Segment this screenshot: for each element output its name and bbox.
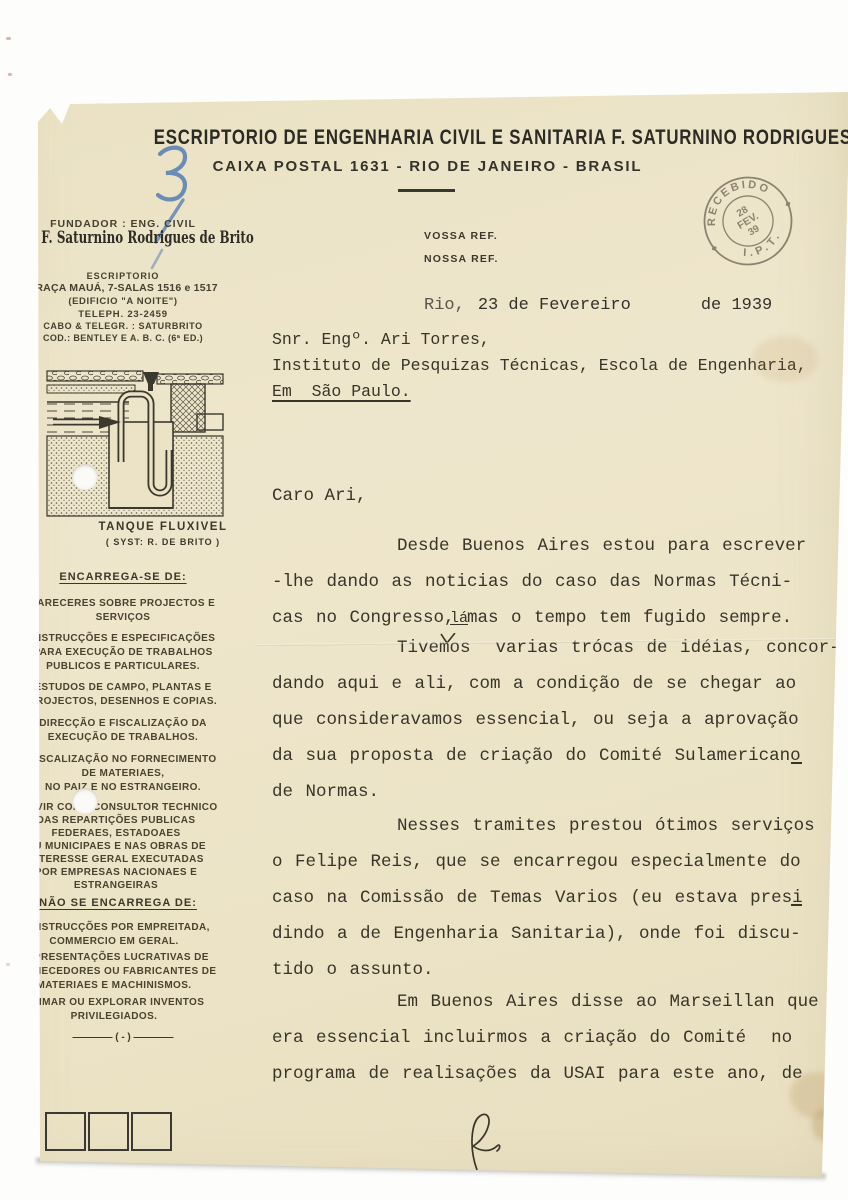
paragraph-3-lines: Nesses tramites prestou ótimos serviçoso… [272, 808, 815, 988]
service-item: DIRECÇÃO E FISCALIZAÇÃO DAEXECUÇÃO DE TR… [8, 717, 238, 745]
scan-artifact-dot [8, 73, 12, 76]
service-item: PARECERES SOBRE PROJECTOS ESERVIÇOS [8, 597, 238, 625]
paragraph-1: Desde Buenos Aires estou para escrever-l… [272, 528, 806, 636]
recipient-name: Snr. Engº. Ari Torres, [272, 327, 807, 353]
office-label: ESCRIPTORIO [8, 271, 238, 281]
not-service-item: CONSTRUCÇÕES POR EMPREITADA,COMMERCIO EM… [0, 921, 236, 949]
paragraph-4: Em Buenos Aires disse ao Marseillan quee… [272, 984, 819, 1092]
nossa-ref-label: NOSSA REF. [424, 253, 499, 265]
tanque-fluxivel-illustration [45, 366, 225, 518]
footer-stamp-boxes [45, 1112, 172, 1151]
letterhead-rule [398, 189, 455, 192]
paragraph-3: Nesses tramites prestou ótimos serviçoso… [272, 808, 815, 988]
vossa-ref-label: VOSSA REF. [424, 230, 498, 242]
office-address: PRAÇA MAUÁ, 7-SALAS 1516 e 1517 [8, 282, 238, 294]
handwritten-insertion: lá [450, 611, 468, 626]
service-item: FISCALIZAÇÃO NO FORNECIMENTODE MATERIAES… [8, 753, 238, 795]
service-item: SERVIR COMO CONSULTOR TECHNICODAS REPART… [0, 801, 240, 892]
service-item: INSTRUCÇÕES E ESPECIFICAÇÕESPARA EXECUÇÃ… [8, 632, 238, 674]
scan-artifact-dot [6, 37, 11, 40]
not-services-heading: NÃO SE ENCARREGA DE: [0, 897, 240, 909]
office-cable: CABO & TELEGR. : SATURBRITO [8, 321, 238, 331]
office-building: (EDIFICIO "A NOITE") [8, 296, 238, 307]
typed-underline-mark [791, 762, 802, 764]
dateline-city: Rio, [424, 296, 465, 315]
scan-artifact-dot [6, 963, 10, 966]
handwritten-paraph [455, 1108, 525, 1176]
paragraph-2-lines: Tivemos varias trócas de idéias, concor-… [272, 630, 840, 810]
punch-hole [72, 464, 98, 490]
recipient-institution: Instituto de Pesquizas Técnicas, Escola … [272, 353, 807, 379]
recipient-block: Snr. Engº. Ari Torres, Instituto de Pesq… [272, 327, 807, 405]
dateline-day-month: 23 de Fevereiro [478, 296, 631, 315]
paper-stain [752, 336, 818, 382]
dateline-year: de 1939 [701, 296, 772, 315]
footer-box [131, 1112, 172, 1151]
letter-paper: ESCRIPTORIO DE ENGENHARIA CIVIL E SANITA… [0, 0, 848, 1200]
not-service-item: ANIMAR OU EXPLORAR INVENTOSPRIVILEGIADOS… [0, 996, 236, 1024]
salutation: Caro Ari, [272, 486, 367, 506]
service-item: ESTUDOS DE CAMPO, PLANTAS EPROJECTOS, DE… [8, 681, 238, 709]
dateline: Rio,23 de Fevereirode 1939 [424, 296, 772, 315]
punch-hole [72, 788, 98, 814]
received-stamp: RECEBIDO I.P.T. 28 FEV. 39 [698, 171, 798, 271]
office-code: COD.: BENTLEY E A. B. C. (6ª ED.) [8, 333, 238, 343]
footer-box [88, 1112, 129, 1151]
paper-stain [790, 1072, 842, 1118]
not-service-item: REPRESENTAÇÕES LUCRATIVAS DEFORNECEDORES… [0, 951, 236, 993]
footer-box [45, 1112, 86, 1151]
typed-underline-mark [791, 904, 802, 906]
handwritten-number-annotation [146, 138, 206, 288]
founder-name: F. Saturnino Rodrigues de Brito [0, 228, 246, 247]
paper-stain [812, 1108, 842, 1142]
office-phone: TELEPH. 23-2459 [8, 309, 238, 320]
services-heading: ENCARREGA-SE DE: [8, 571, 238, 583]
sidebar-divider-mark: ———— ( - ) ———— [8, 1032, 238, 1043]
paragraph-2: lá Tivemos varias trócas de idéias, conc… [272, 630, 840, 810]
scanned-letter-page: ESCRIPTORIO DE ENGENHARIA CIVIL E SANITA… [0, 0, 848, 1200]
recipient-city: Em São Paulo. [272, 379, 807, 405]
